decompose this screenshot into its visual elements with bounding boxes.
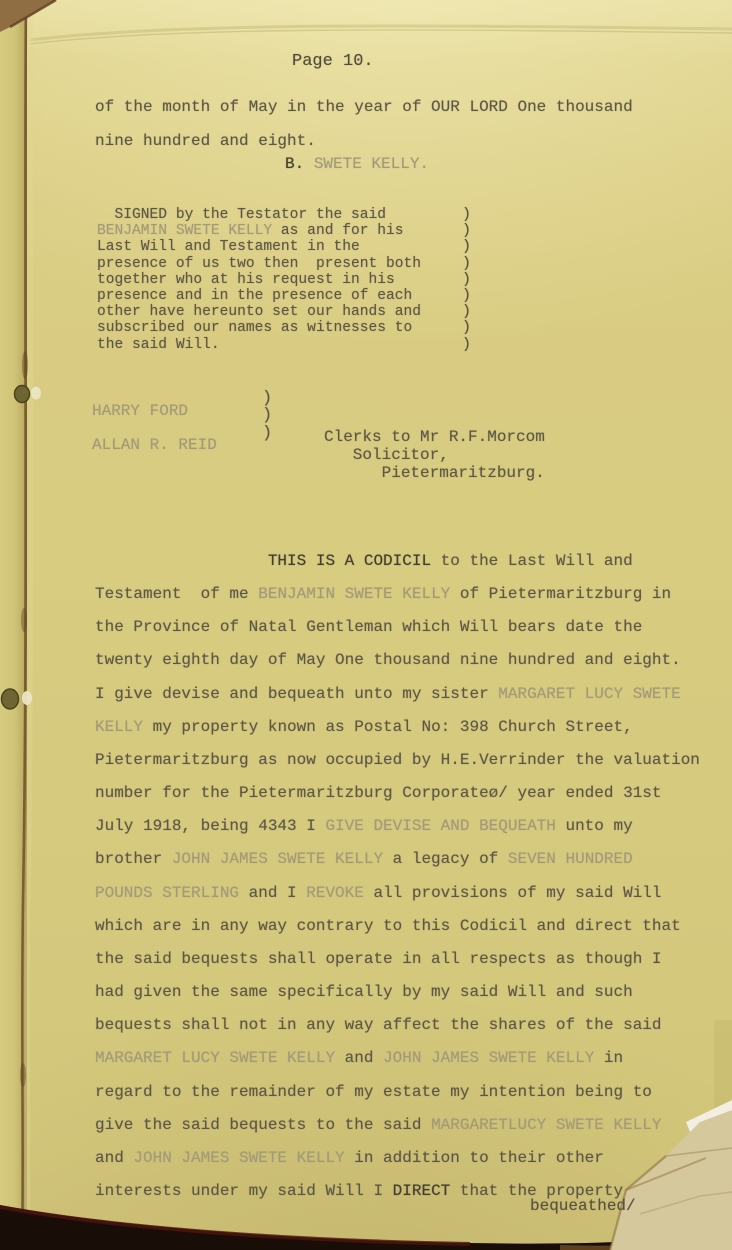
top-crease-shadow <box>30 30 732 44</box>
text-segment: give the said bequests to the said <box>95 1116 431 1134</box>
text-segment: JOHN JAMES SWETE KELLY <box>172 850 383 868</box>
codicil-line: Testament of me BENJAMIN SWETE KELLY of … <box>95 578 700 611</box>
attestation-line: together who at his request in his) <box>97 272 497 288</box>
text-segment: brother <box>95 850 172 868</box>
text-segment: and <box>335 1049 383 1067</box>
attestation-line: SIGNED by the Testator the said) <box>97 207 497 223</box>
codicil-line: Pietermaritzburg as now occupied by H.E.… <box>95 744 700 777</box>
codicil-line: the said bequests shall operate in all r… <box>95 943 700 976</box>
attestation-brace: ) <box>462 207 471 223</box>
text-segment: bequests shall not in any way affect the… <box>95 1016 662 1034</box>
attestation-brace: ) <box>462 239 471 255</box>
text-segment: SIGNED by the Testator the said <box>97 207 386 223</box>
top-crease <box>30 26 732 40</box>
text-segment: the Province of Natal Gentleman which Wi… <box>95 618 642 636</box>
clerk-line: Pietermaritzburg. <box>324 465 545 483</box>
text-segment: MARGARET LUCY SWETE <box>498 685 680 703</box>
attestation-clause: SIGNED by the Testator the said)BENJAMIN… <box>97 207 497 353</box>
testator-signature: B. SWETE KELLY. <box>285 155 429 173</box>
text-segment: B. <box>285 155 314 173</box>
catchword: bequeathed/ <box>530 1197 636 1215</box>
text-segment: SEVEN HUNDRED <box>508 850 633 868</box>
attestation-brace: ) <box>462 304 471 320</box>
witness-name: ALLAN R. REID <box>92 429 217 463</box>
bottom-band-tan <box>560 1238 732 1250</box>
text-segment: in addition to their other <box>345 1149 604 1167</box>
paper-dot <box>31 387 41 400</box>
clerk-line: Clerks to Mr R.F.Morcom <box>324 429 545 447</box>
text-segment: JOHN JAMES SWETE KELLY <box>383 1049 594 1067</box>
codicil-paragraph: THIS IS A CODICIL to the Last Will andTe… <box>95 545 700 1208</box>
text-segment: BENJAMIN SWETE KELLY <box>258 585 450 603</box>
witness-brace-row: ) <box>262 390 272 407</box>
codicil-line: bequests shall not in any way affect the… <box>95 1009 700 1042</box>
text-segment: I give devise and bequeath unto my siste… <box>95 685 498 703</box>
text-segment: and <box>95 1149 133 1167</box>
codicil-line: twenty eighth day of May One thousand ni… <box>95 644 700 677</box>
codicil-line: number for the Pietermaritzburg Corporat… <box>95 777 700 810</box>
codicil-line: July 1918, being 4343 I GIVE DEVISE AND … <box>95 810 700 843</box>
witness-brace-row: ) <box>262 407 272 424</box>
text-segment: presence and in the presence of each <box>97 288 412 304</box>
codicil-line: brother JOHN JAMES SWETE KELLY a legacy … <box>95 843 700 876</box>
text-segment: MARGARET LUCY SWETE KELLY <box>95 1049 335 1067</box>
text-segment: to the Last Will and <box>431 552 633 570</box>
attestation-brace: ) <box>462 272 471 288</box>
attestation-brace: ) <box>462 320 471 336</box>
binding-gutter <box>0 0 27 1250</box>
text-segment: REVOKE <box>306 884 364 902</box>
text-segment: the said bequests shall operate in all r… <box>95 950 662 968</box>
codicil-line: the Province of Natal Gentleman which Wi… <box>95 611 700 644</box>
text-segment: JOHN JAMES SWETE KELLY <box>133 1149 344 1167</box>
attestation-brace: ) <box>462 337 471 353</box>
text-segment: my property known as Postal No: 398 Chur… <box>143 718 633 736</box>
codicil-line: which are in any way contrary to this Co… <box>95 910 700 943</box>
text-segment: Pietermaritzburg. <box>324 464 545 482</box>
text-segment: the said Will. <box>97 337 220 353</box>
codicil-line: give the said bequests to the said MARGA… <box>95 1109 700 1142</box>
text-segment: regard to the remainder of my estate my … <box>95 1083 652 1101</box>
text-segment: HARRY FORD <box>92 402 188 420</box>
codicil-line: had given the same specifically by my sa… <box>95 976 700 1009</box>
text-segment: unto my <box>556 817 633 835</box>
attestation-line: the said Will.) <box>97 337 497 353</box>
text-segment: a legacy of <box>383 850 508 868</box>
codicil-line: and JOHN JAMES SWETE KELLY in addition t… <box>95 1142 700 1175</box>
text-segment: and I <box>239 884 306 902</box>
codicil-line: MARGARET LUCY SWETE KELLY and JOHN JAMES… <box>95 1042 700 1075</box>
header-line: nine hundred and eight. <box>95 124 633 158</box>
text-segment: interests under my said Will I <box>95 1182 393 1200</box>
text-segment: GIVE DEVISE AND BEQUEATH <box>325 817 555 835</box>
attestation-line: subscribed our names as witnesses to) <box>97 320 497 336</box>
attestation-line: other have hereunto set our hands and) <box>97 304 497 320</box>
text-segment: number for the Pietermaritzburg Corporat… <box>95 784 662 802</box>
right-edge-shade <box>714 1020 732 1130</box>
codicil-line: THIS IS A CODICIL to the Last Will and <box>95 545 700 578</box>
text-segment: Testament of me <box>95 585 258 603</box>
text-segment: subscribed our names as witnesses to <box>97 320 412 336</box>
text-segment: ALLAN R. REID <box>92 436 217 454</box>
codicil-line: KELLY my property known as Postal No: 39… <box>95 711 700 744</box>
text-segment: Clerks to Mr R.F.Morcom <box>324 428 545 446</box>
text-segment: of Pietermaritzburg in <box>450 585 671 603</box>
witness-names: HARRY FORDALLAN R. REID <box>92 395 217 462</box>
text-segment: nine hundred and eight. <box>95 132 316 150</box>
text-segment: twenty eighth day of May One thousand ni… <box>95 651 681 669</box>
text-segment: had given the same specifically by my sa… <box>95 983 633 1001</box>
witness-brace-row: ) <box>262 425 272 442</box>
text-segment: Pietermaritzburg as now occupied by H.E.… <box>95 751 700 769</box>
binding-crease-soft <box>27 0 31 1250</box>
text-segment: which are in any way contrary to this Co… <box>95 917 681 935</box>
text-segment <box>95 552 268 570</box>
text-segment: BENJAMIN SWETE KELLY <box>97 223 272 239</box>
text-segment: POUNDS STERLING <box>95 884 239 902</box>
page-number: Page 10. <box>292 52 374 71</box>
attestation-brace: ) <box>462 288 471 304</box>
text-segment: all provisions of my said Will <box>364 884 662 902</box>
header-lines: of the month of May in the year of OUR L… <box>95 90 633 158</box>
attestation-line: presence of us two then present both) <box>97 256 497 272</box>
witness-name: HARRY FORD <box>92 395 217 429</box>
witness-brace: ))) <box>262 390 272 442</box>
text-segment: together who at his request in his <box>97 272 395 288</box>
attestation-line: Last Will and Testament in the) <box>97 239 497 255</box>
text-segment: July 1918, being 4343 I <box>95 817 325 835</box>
text-segment: Solicitor, <box>324 446 449 464</box>
clerk-line: Solicitor, <box>324 447 545 465</box>
codicil-line: POUNDS STERLING and I REVOKE all provisi… <box>95 877 700 910</box>
bottom-maroon-edge <box>0 1207 470 1244</box>
clerk-attribution: Clerks to Mr R.F.Morcom Solicitor, Piete… <box>324 429 545 482</box>
text-segment: presence of us two then present both <box>97 256 421 272</box>
text-segment: ) <box>262 424 272 443</box>
header-line: of the month of May in the year of OUR L… <box>95 90 633 124</box>
text-segment: other have hereunto set our hands and <box>97 304 421 320</box>
attestation-brace: ) <box>462 256 471 272</box>
attestation-brace: ) <box>462 223 471 239</box>
text-segment: of the month of May in the year of OUR L… <box>95 98 633 116</box>
text-segment: MARGARETLUCY SWETE KELLY <box>431 1116 661 1134</box>
text-segment: in <box>594 1049 623 1067</box>
text-segment: THIS IS A CODICIL <box>268 552 431 570</box>
text-segment: KELLY <box>95 718 143 736</box>
text-segment: SWETE KELLY. <box>314 155 429 173</box>
signature-line: B. SWETE KELLY. <box>285 155 429 173</box>
text-segment: Last Will and Testament in the <box>97 239 360 255</box>
text-segment: as and for his <box>272 223 403 239</box>
scanned-document-page: Page 10. of the month of May in the year… <box>0 0 732 1250</box>
attestation-line: presence and in the presence of each) <box>97 288 497 304</box>
text-segment: ) <box>262 406 272 425</box>
codicil-line: regard to the remainder of my estate my … <box>95 1076 700 1109</box>
codicil-line: I give devise and bequeath unto my siste… <box>95 678 700 711</box>
text-segment: DIRECT <box>393 1182 451 1200</box>
attestation-line: BENJAMIN SWETE KELLY as and for his) <box>97 223 497 239</box>
